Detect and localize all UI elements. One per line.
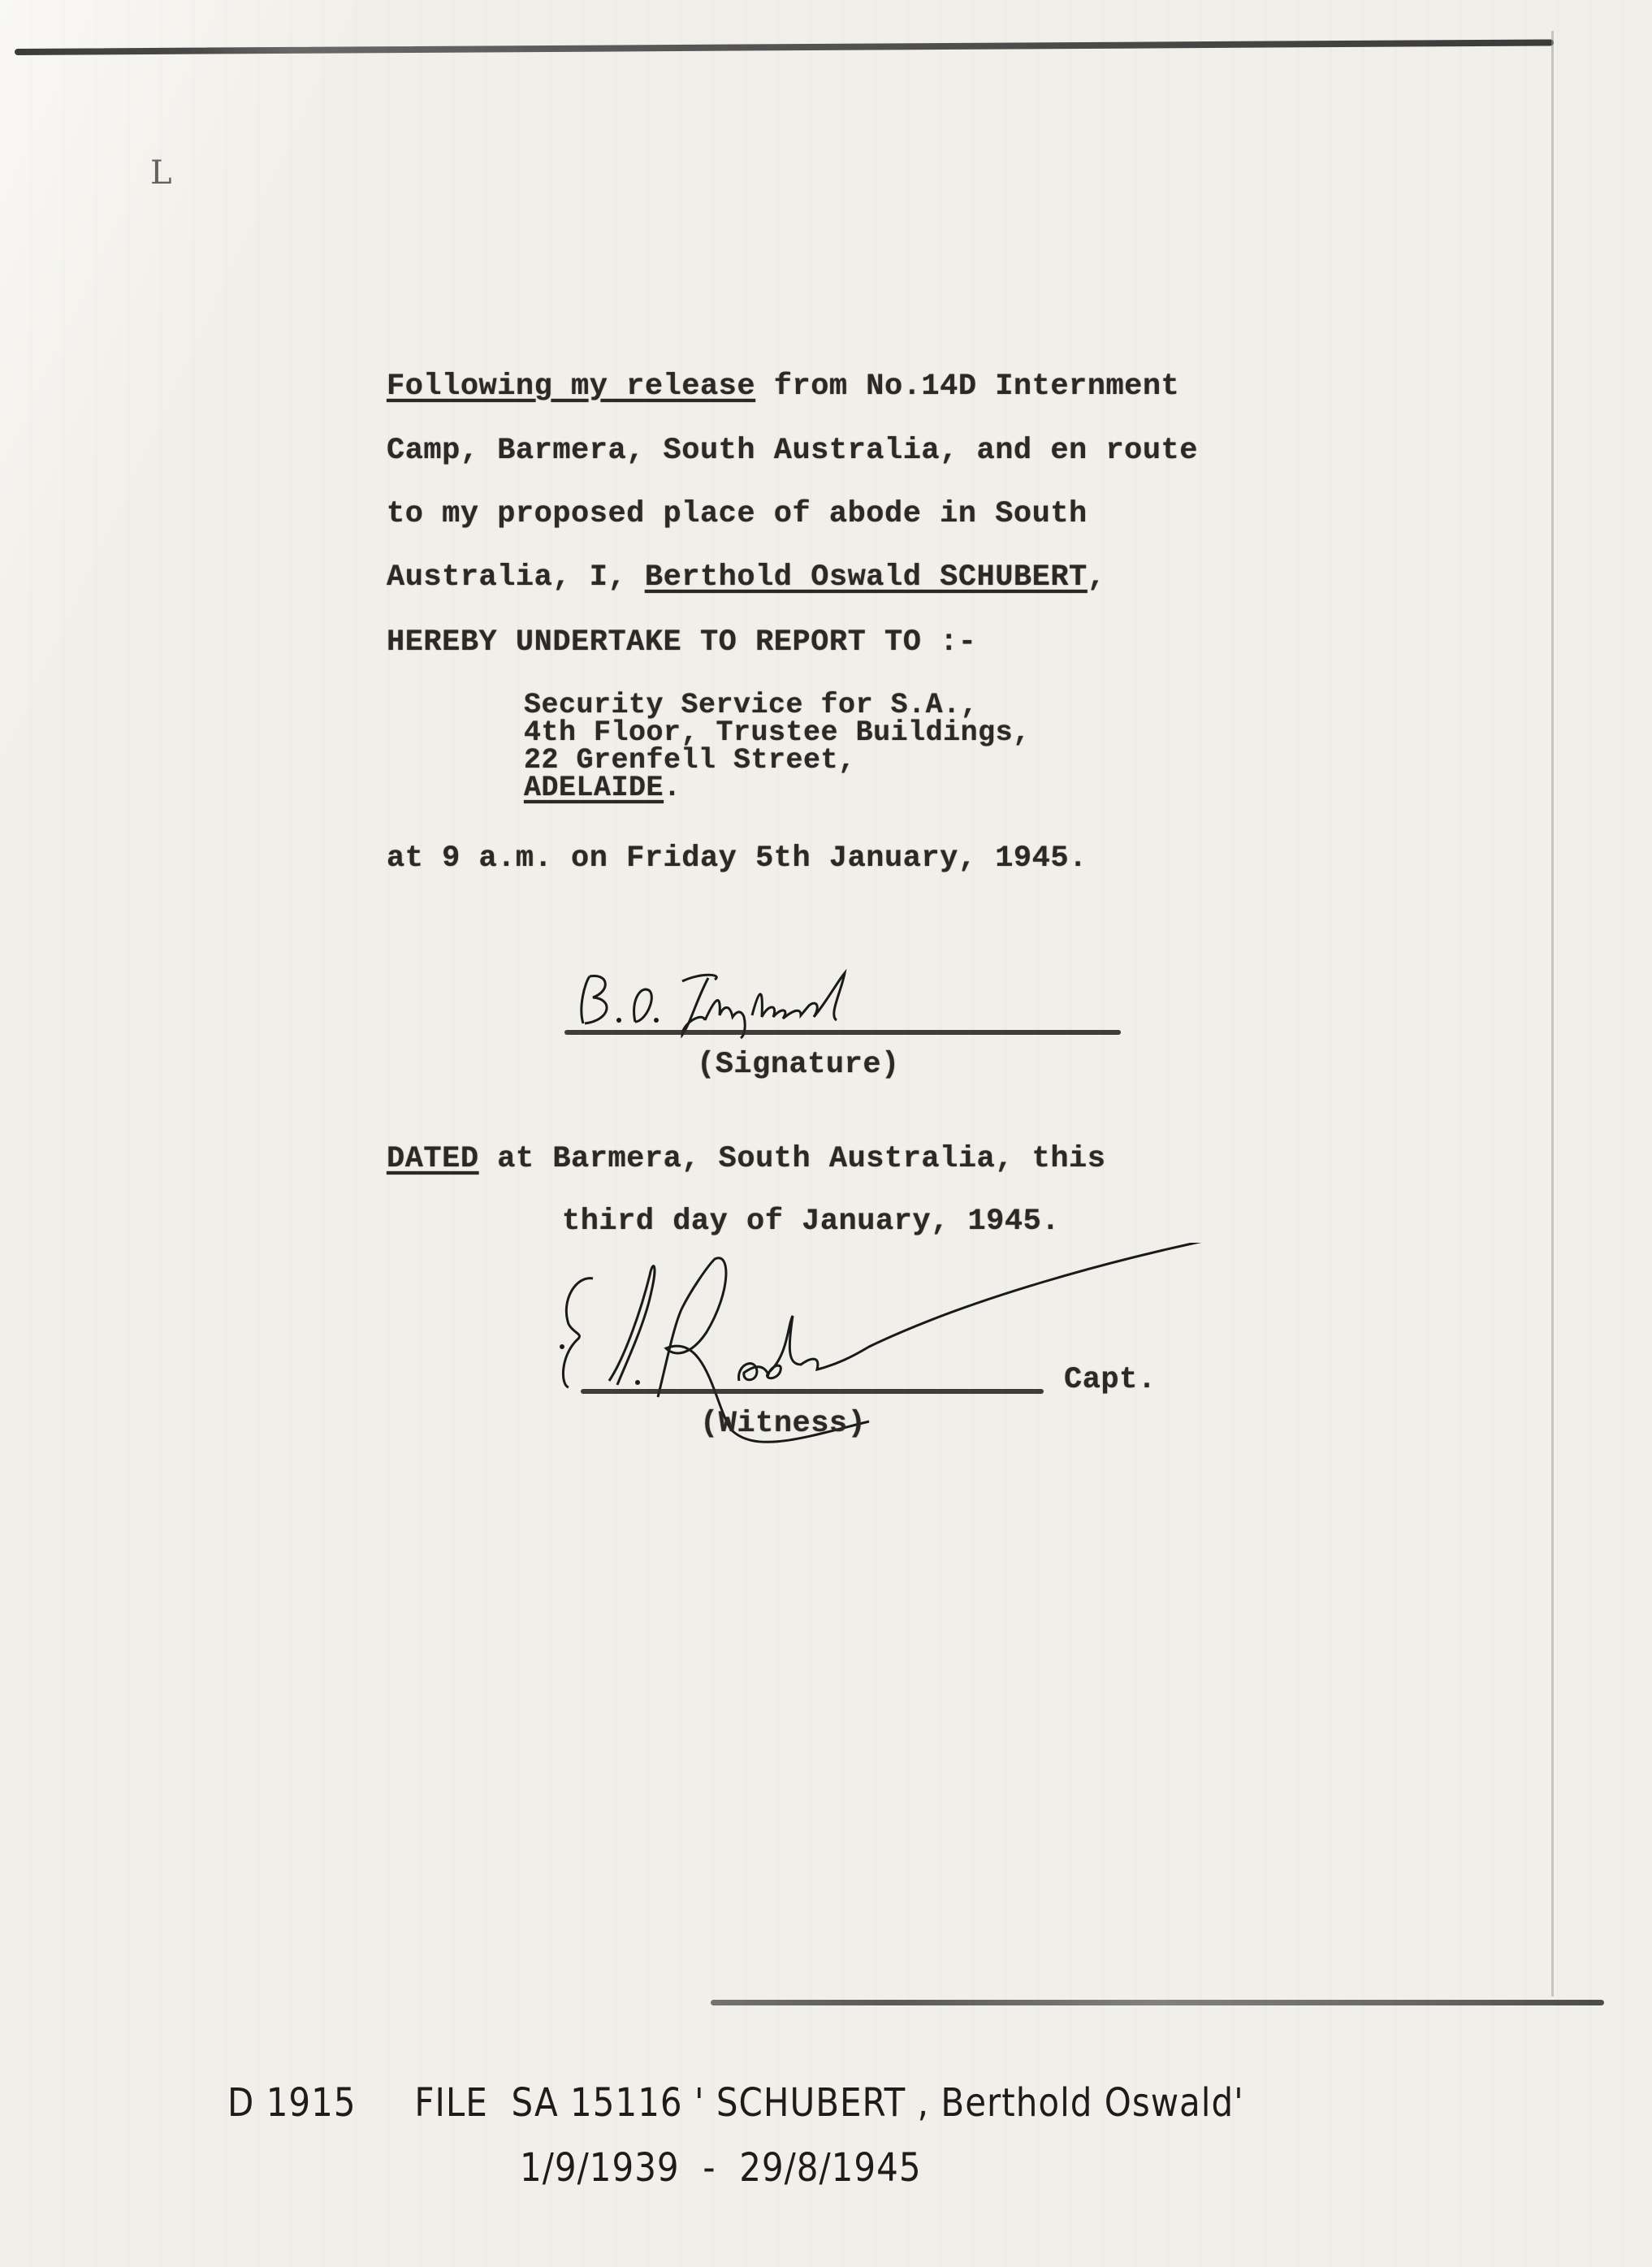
archive-note-line-1: D 1915 FILE SA 15116 ' SCHUBERT , Bertho… bbox=[227, 2079, 1244, 2125]
dated-line-1-rest: at Barmera, South Australia, this bbox=[479, 1142, 1106, 1176]
address-city: ADELAIDE bbox=[524, 772, 664, 804]
dated-label: DATED bbox=[387, 1142, 479, 1176]
paragraph-line-1: Following my release from No.14D Internm… bbox=[387, 370, 1179, 404]
underlined-phrase: Following my release bbox=[387, 370, 755, 404]
witness-line bbox=[581, 1389, 1044, 1394]
paper-texture bbox=[0, 0, 1652, 2267]
undertaking-heading: HEREBY UNDERTAKE TO REPORT TO :- bbox=[387, 625, 977, 660]
internee-name: Berthold Oswald SCHUBERT bbox=[645, 560, 1088, 595]
right-border-line bbox=[1551, 31, 1554, 1997]
paragraph-line-4-prefix: Australia, I, bbox=[387, 560, 645, 595]
paragraph-line-3: to my proposed place of abode in South bbox=[387, 497, 1088, 531]
dated-line-1: DATED at Barmera, South Australia, this bbox=[387, 1142, 1105, 1176]
witness-label: (Witness) bbox=[700, 1407, 866, 1441]
dated-line-2: third day of January, 1945. bbox=[562, 1205, 1060, 1239]
internee-signature-icon bbox=[560, 967, 983, 1040]
address-line-4: ADELAIDE. bbox=[524, 773, 681, 803]
paragraph-line-1-rest: from No.14D Internment bbox=[755, 370, 1179, 404]
report-time: at 9 a.m. on Friday 5th January, 1945. bbox=[387, 841, 1088, 876]
paragraph-line-2: Camp, Barmera, South Australia, and en r… bbox=[387, 434, 1198, 468]
witness-rank: Capt. bbox=[1064, 1363, 1157, 1397]
signature-label: (Signature) bbox=[697, 1048, 900, 1082]
corner-mark: L bbox=[150, 154, 172, 192]
paragraph-line-4-suffix: , bbox=[1088, 560, 1106, 595]
witness-signature-icon bbox=[544, 1243, 1389, 1454]
signature-line bbox=[564, 1030, 1121, 1035]
paragraph-line-4: Australia, I, Berthold Oswald SCHUBERT, bbox=[387, 560, 1105, 595]
bottom-border-line bbox=[711, 2000, 1604, 2005]
archive-note-line-2: 1/9/1939 - 29/8/1945 bbox=[520, 2144, 922, 2190]
address-line-4-suffix: . bbox=[664, 772, 681, 804]
top-border-line bbox=[15, 39, 1554, 55]
